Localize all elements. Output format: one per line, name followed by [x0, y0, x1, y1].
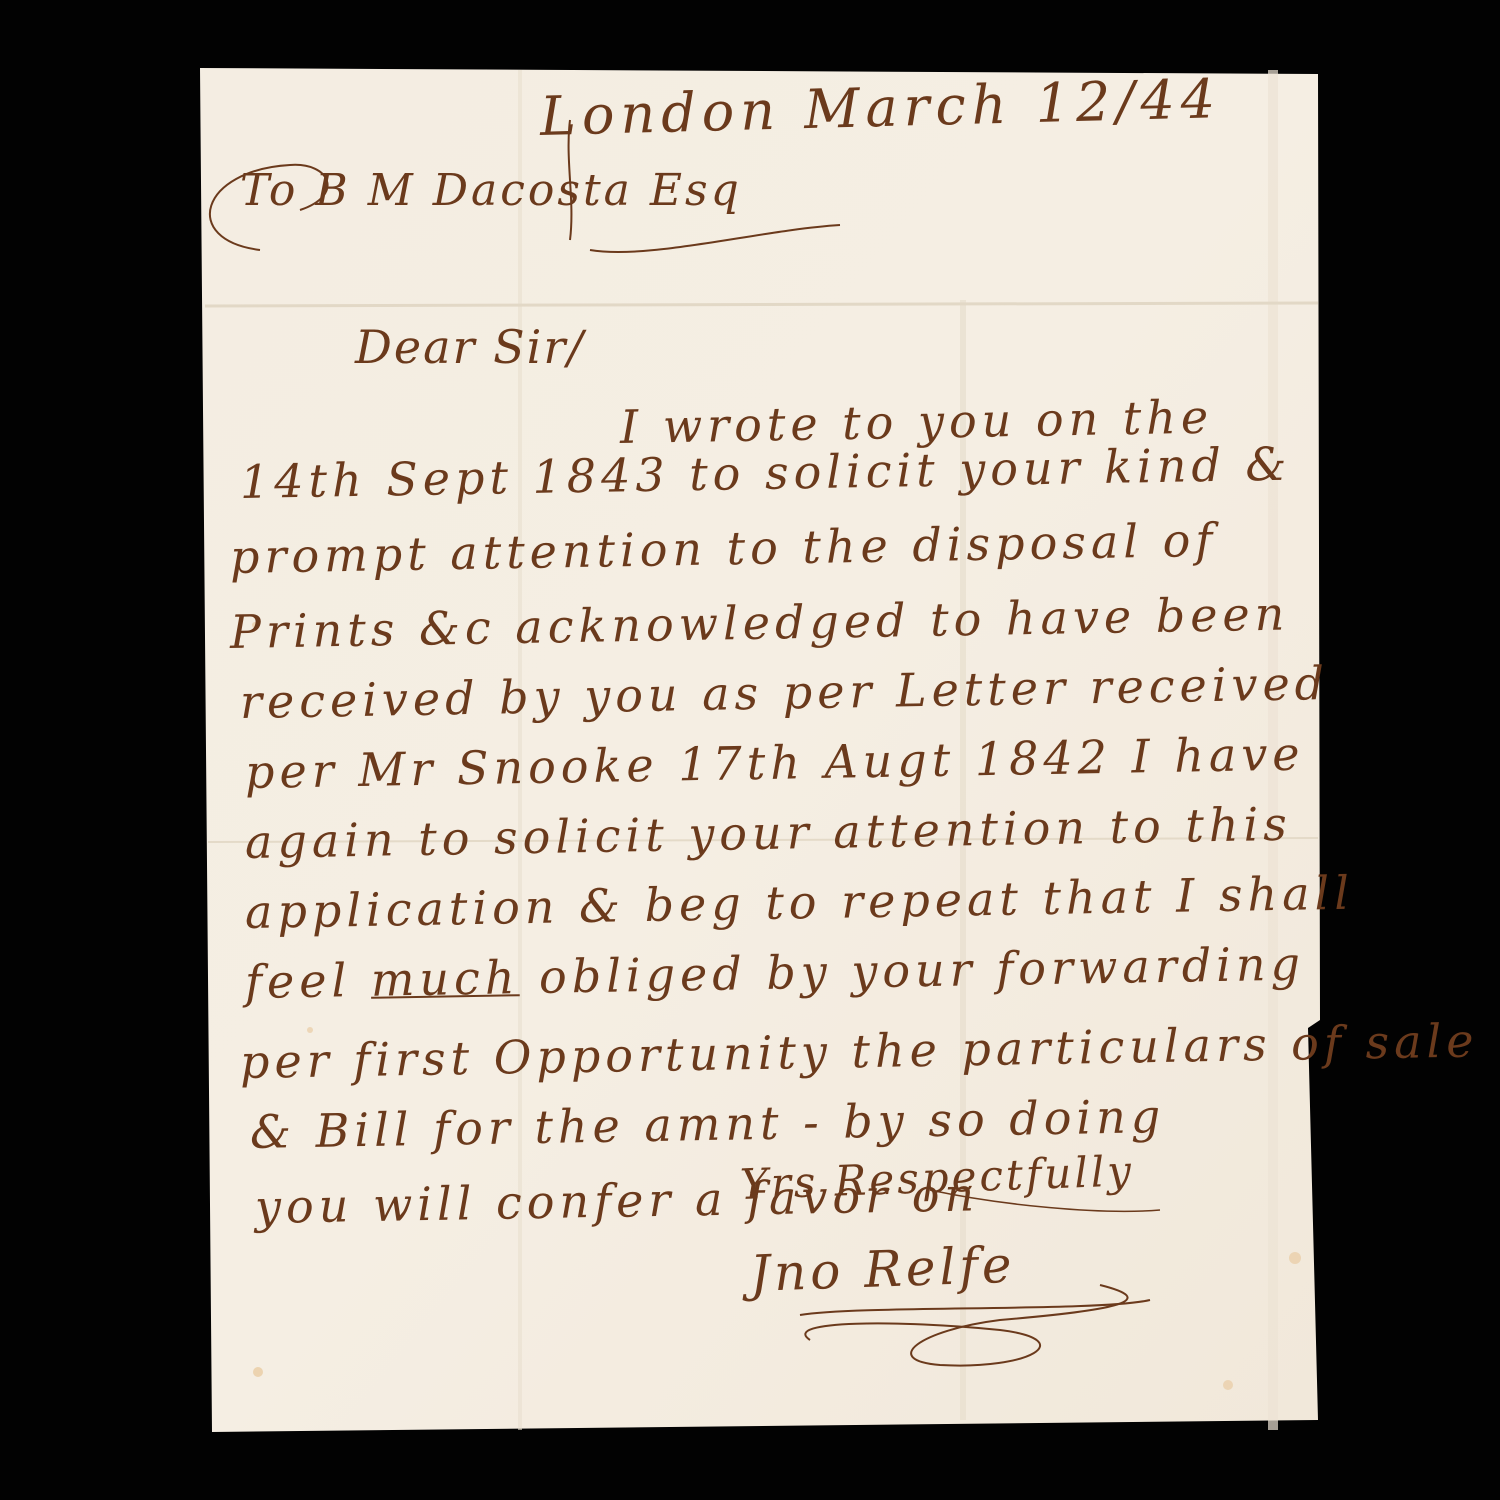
signature: Jno Relfe — [749, 1236, 1016, 1303]
addressee: To B M Dacosta Esq — [240, 165, 742, 216]
emphasized-word: much — [370, 950, 520, 1007]
salutation: Dear Sir/ — [355, 320, 585, 374]
letter-sheet: London March 12/44 To B M Dacosta Esq De… — [0, 0, 1500, 1500]
